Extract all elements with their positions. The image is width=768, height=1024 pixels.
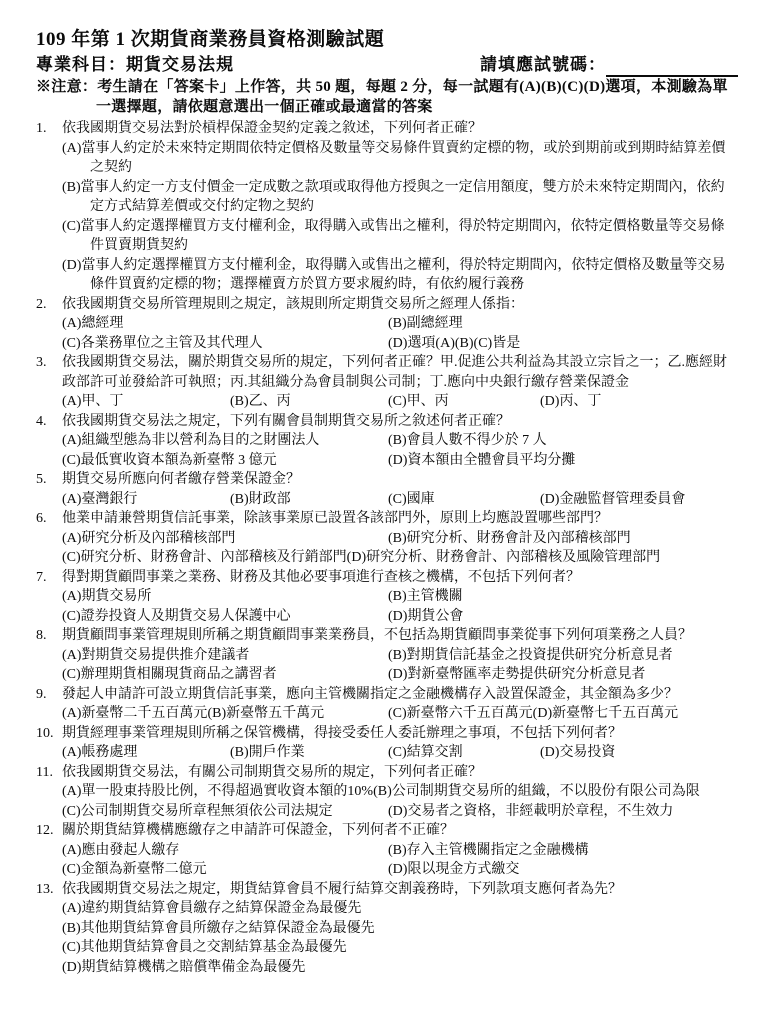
option-label: (B) xyxy=(62,921,81,936)
option-label: (B) xyxy=(388,531,407,546)
option-cell: (B)財政部 xyxy=(230,490,388,510)
question-text: 得對期貨顧問事業之業務、財務及其他必要事項進行查核之機構，不包括下列何者？ xyxy=(62,570,580,585)
option-text: 研究分析、財務會計、內部稽核及風險管理部門 xyxy=(366,550,660,565)
option-text: 研究分析及內部稽核部門 xyxy=(81,531,235,546)
option-text: 其他期貨結算會員之交割結算基金為最優先 xyxy=(81,940,347,955)
option-text: 金融監督管理委員會 xyxy=(559,492,685,507)
options: (A)期貨交易所(B)主管機關(C)證券投資人及期貨交易人保護中心(D)期貨公會 xyxy=(36,587,738,626)
option-text: 新臺幣二千五百萬元 xyxy=(81,706,207,721)
option-label: (A) xyxy=(62,706,81,721)
option-cell: (D)資本額由全體會員平均分攤 xyxy=(388,451,738,471)
option-text: 期貨結算機構之賠償準備金為最優先 xyxy=(81,960,305,975)
option-text: 當事人約定一方支付價金一定成數之款項或取得他方授與之一定信用額度，雙方於未來特定… xyxy=(81,180,725,215)
question-number: 3. xyxy=(36,353,47,373)
option-text: 主管機關 xyxy=(407,589,463,604)
option-text: 會員人數不得少於 7 人 xyxy=(407,433,547,448)
option-cell: (B)對期貨信託基金之投資提供研究分析意見者 xyxy=(388,646,738,666)
options: (A)新臺幣二千五百萬元(B)新臺幣五千萬元(C)新臺幣六千五百萬元(D)新臺幣… xyxy=(36,704,738,724)
notice: ※注意：考生請在「答案卡」上作答，共 50 題，每題 2 分，每一試題有(A)(… xyxy=(36,77,738,117)
option-label: (B) xyxy=(388,316,407,331)
option-label: (A) xyxy=(62,141,81,156)
option-label: (D) xyxy=(388,804,407,819)
option: (B)乙、丙 xyxy=(230,394,291,409)
option-cell: (B)研究分析、財務會計及內部稽核部門 xyxy=(388,529,738,549)
option-row: (A)新臺幣二千五百萬元(B)新臺幣五千萬元(C)新臺幣六千五百萬元(D)新臺幣… xyxy=(62,704,738,724)
question: 11.依我國期貨交易法，有關公司制期貨交易所的規定，下列何者正確？(A)單一股東… xyxy=(36,763,738,822)
question: 5.期貨交易所應向何者繳存營業保證金？(A)臺灣銀行(B)財政部(C)國庫(D)… xyxy=(36,470,738,509)
option-cell: (B)開戶作業 xyxy=(230,743,388,763)
option-text: 應由發起人繳存 xyxy=(81,843,179,858)
option: (C)證券投資人及期貨交易人保護中心 xyxy=(62,609,291,624)
option-cell: (C)結算交割 xyxy=(388,743,540,763)
option-cell: (D)交易投資 xyxy=(540,743,738,763)
question-text: 期貨交易所應向何者繳存營業保證金？ xyxy=(62,472,300,487)
option: (D)限以現金方式繳交 xyxy=(388,862,519,877)
option-cell: (D)期貨結算機構之賠償準備金為最優先 xyxy=(62,958,738,978)
option: (C)甲、丙 xyxy=(388,394,449,409)
option-row: (C)其他期貨結算會員之交割結算基金為最優先 xyxy=(62,938,738,958)
option: (B)存入主管機關指定之金融機構 xyxy=(388,843,589,858)
option-label: (A) xyxy=(62,901,81,916)
option-text: 當事人約定選擇權買方支付權利金，取得購入或售出之權利，得於特定期間內，依特定價格… xyxy=(81,219,725,254)
options: (A)總經理(B)副總經理(C)各業務單位之主管及其代理人(D)選項(A)(B)… xyxy=(36,314,738,353)
option-label: (A) xyxy=(62,589,81,604)
option: (D)資本額由全體會員平均分攤 xyxy=(388,453,575,468)
exam-id-group: 請填應試號碼： xyxy=(480,53,738,77)
option-label: (D) xyxy=(540,745,559,760)
option-cell: (D)當事人約定選擇權買方支付權利金，取得購入或售出之權利，得於特定期間內，依特… xyxy=(62,256,738,295)
option-cell: (A)總經理 xyxy=(62,314,388,334)
question-text: 發起人申請許可設立期貨信託事業，應向主管機關指定之金融機構存入設置保證金，其金額… xyxy=(62,687,678,702)
option-row: (B)其他期貨結算會員所繳存之結算保證金為最優先 xyxy=(62,919,738,939)
question: 12.關於期貨結算機構應繳存之申請許可保證金，下列何者不正確？(A)應由發起人繳… xyxy=(36,821,738,880)
option: (D)期貨公會 xyxy=(388,609,463,624)
option-label: (C) xyxy=(62,804,81,819)
option: (A)期貨交易所 xyxy=(62,589,151,604)
option-label: (D) xyxy=(388,609,407,624)
option: (A)當事人約定於未來特定期間依特定價格及數量等交易條件買賣約定標的物，或於到期… xyxy=(62,141,725,176)
option-text: 選項(A)(B)(C)皆是 xyxy=(407,336,520,351)
option-text: 辦理期貨相關現貨商品之講習者 xyxy=(81,667,277,682)
question-number: 7. xyxy=(36,568,47,588)
option-cell: (A)帳務處理 xyxy=(62,743,230,763)
question: 1.依我國期貨交易法對於槓桿保證金契約定義之敘述，下列何者正確？(A)當事人約定… xyxy=(36,119,738,295)
question-head: 1.依我國期貨交易法對於槓桿保證金契約定義之敘述，下列何者正確？ xyxy=(36,119,738,139)
questions: 1.依我國期貨交易法對於槓桿保證金契約定義之敘述，下列何者正確？(A)當事人約定… xyxy=(36,119,738,977)
option-cell: (B)其他期貨結算會員所繳存之結算保證金為最優先 xyxy=(62,919,738,939)
option-label: (D) xyxy=(62,258,81,273)
options: (A)當事人約定於未來特定期間依特定價格及數量等交易條件買賣約定標的物，或於到期… xyxy=(36,139,738,295)
option-row: (A)組織型態為非以營利為目的之財團法人(B)會員人數不得少於 7 人 xyxy=(62,431,738,451)
exam-id-label: 請填應試號碼： xyxy=(480,53,606,77)
option-label: (A) xyxy=(62,316,81,331)
option: (A)對期貨交易提供推介建議者 xyxy=(62,648,249,663)
option-row: (B)當事人約定一方支付價金一定成數之款項或取得他方授與之一定信用額度，雙方於未… xyxy=(62,178,738,217)
option: (A)單一股東持股比例，不得超過實收資本額的10% xyxy=(62,784,373,799)
option-text: 公司制期貨交易所章程無須依公司法規定 xyxy=(81,804,333,819)
option-row: (C)當事人約定選擇權買方支付權利金，取得購入或售出之權利，得於特定期間內，依特… xyxy=(62,217,738,256)
options: (A)組織型態為非以營利為目的之財團法人(B)會員人數不得少於 7 人(C)最低… xyxy=(36,431,738,470)
option: (B)財政部 xyxy=(230,492,291,507)
option-text: 帳務處理 xyxy=(81,745,137,760)
option-row: (C)最低實收資本額為新臺幣 3 億元(D)資本額由全體會員平均分攤 xyxy=(62,451,738,471)
options: (A)對期貨交易提供推介建議者(B)對期貨信託基金之投資提供研究分析意見者(C)… xyxy=(36,646,738,685)
option: (D)交易者之資格，非經載明於章程，不生效力 xyxy=(388,804,673,819)
option-text: 副總經理 xyxy=(407,316,463,331)
option-label: (A) xyxy=(62,648,81,663)
option-label: (B) xyxy=(230,394,249,409)
question-text: 依我國期貨交易法，關於期貨交易所的規定，下列何者正確？甲.促進公共利益為其設立宗… xyxy=(62,355,727,390)
option-cell: (D)限以現金方式繳交 xyxy=(388,860,738,880)
option-text: 期貨交易所 xyxy=(81,589,151,604)
option-text: 乙、丙 xyxy=(249,394,291,409)
page-title: 109 年第 1 次期貨商業務員資格測驗試題 xyxy=(36,26,738,53)
option-cell: (A)甲、丁 xyxy=(62,392,230,412)
option: (D)期貨結算機構之賠償準備金為最優先 xyxy=(62,960,305,975)
option: (A)研究分析及內部稽核部門 xyxy=(62,531,235,546)
option-row: (A)總經理(B)副總經理 xyxy=(62,314,738,334)
option-label: (A) xyxy=(62,745,81,760)
option: (A)臺灣銀行 xyxy=(62,492,137,507)
option-label: (D) xyxy=(388,667,407,682)
option: (C)研究分析、財務會計、內部稽核及行銷部門 xyxy=(62,550,347,565)
option-cell: (C)新臺幣六千五百萬元(D)新臺幣七千五百萬元 xyxy=(388,704,738,724)
option-cell: (C)研究分析、財務會計、內部稽核及行銷部門(D)研究分析、財務會計、內部稽核及… xyxy=(62,548,738,568)
question-number: 6. xyxy=(36,509,47,529)
option-text: 存入主管機關指定之金融機構 xyxy=(407,843,589,858)
option-cell: (B)主管機關 xyxy=(388,587,738,607)
option-text: 最低實收資本額為新臺幣 3 億元 xyxy=(81,453,277,468)
option-text: 國庫 xyxy=(407,492,435,507)
options: (A)帳務處理(B)開戶作業(C)結算交割(D)交易投資 xyxy=(36,743,738,763)
option-cell: (A)組織型態為非以營利為目的之財團法人 xyxy=(62,431,388,451)
option: (C)國庫 xyxy=(388,492,435,507)
option-text: 財政部 xyxy=(249,492,291,507)
option-cell: (D)丙、丁 xyxy=(540,392,738,412)
option-label: (C) xyxy=(62,667,81,682)
option-cell: (B)會員人數不得少於 7 人 xyxy=(388,431,738,451)
option-cell: (C)最低實收資本額為新臺幣 3 億元 xyxy=(62,451,388,471)
option-text: 新臺幣六千五百萬元 xyxy=(407,706,533,721)
option-row: (A)臺灣銀行(B)財政部(C)國庫(D)金融監督管理委員會 xyxy=(62,490,738,510)
option-label: (A) xyxy=(62,531,81,546)
question-head: 8.期貨顧問事業管理規則所稱之期貨顧問事業業務員，不包括為期貨顧問事業從事下列何… xyxy=(36,626,738,646)
option-label: (D) xyxy=(533,706,552,721)
option-label: (D) xyxy=(62,960,81,975)
option-text: 限以現金方式繳交 xyxy=(407,862,519,877)
option-text: 甲、丁 xyxy=(81,394,123,409)
option-label: (C) xyxy=(62,940,81,955)
question-text: 關於期貨結算機構應繳存之申請許可保證金，下列何者不正確？ xyxy=(62,823,454,838)
option-cell: (D)對新臺幣匯率走勢提供研究分析意見者 xyxy=(388,665,738,685)
subject-label: 專業科目：期貨交易法規 xyxy=(36,53,234,77)
option-cell: (B)乙、丙 xyxy=(230,392,388,412)
option-row: (C)公司制期貨交易所章程無須依公司法規定(D)交易者之資格，非經載明於章程，不… xyxy=(62,802,738,822)
option-text: 當事人約定選擇權買方支付權利金，取得購入或售出之權利，得於特定期間內，依特定價格… xyxy=(81,258,725,293)
option: (C)最低實收資本額為新臺幣 3 億元 xyxy=(62,453,277,468)
option-text: 公司制期貨交易所的組織，不以股份有限公司為限 xyxy=(392,784,700,799)
option-cell: (D)交易者之資格，非經載明於章程，不生效力 xyxy=(388,802,738,822)
option: (C)其他期貨結算會員之交割結算基金為最優先 xyxy=(62,940,347,955)
question-text: 依我國期貨交易法對於槓桿保證金契約定義之敘述，下列何者正確？ xyxy=(62,121,482,136)
question-number: 8. xyxy=(36,626,47,646)
question-text: 依我國期貨交易法之規定，下列有關會員制期貨交易所之敘述何者正確？ xyxy=(62,414,510,429)
option-label: (A) xyxy=(62,433,81,448)
notice-line-1: ※注意：考生請在「答案卡」上作答，共 50 題，每題 2 分，每一試題有(A)(… xyxy=(36,77,738,97)
option-label: (C) xyxy=(62,219,81,234)
option-label: (B) xyxy=(388,843,407,858)
question-head: 10.期貨經理事業管理規則所稱之保管機構，得接受委任人委託辦理之事項，不包括下列… xyxy=(36,724,738,744)
option-text: 期貨公會 xyxy=(407,609,463,624)
option-label: (C) xyxy=(388,706,407,721)
option-text: 其他期貨結算會員所繳存之結算保證金為最優先 xyxy=(81,921,375,936)
question-text: 期貨經理事業管理規則所稱之保管機構，得接受委任人委託辦理之事項，不包括下列何者？ xyxy=(62,726,622,741)
option-cell: (C)甲、丙 xyxy=(388,392,540,412)
question-head: 4.依我國期貨交易法之規定，下列有關會員制期貨交易所之敘述何者正確？ xyxy=(36,412,738,432)
option-text: 組織型態為非以營利為目的之財團法人 xyxy=(81,433,319,448)
option: (D)丙、丁 xyxy=(540,394,601,409)
option-cell: (C)證券投資人及期貨交易人保護中心 xyxy=(62,607,388,627)
question: 6.他業申請兼營期貨信託事業，除該事業原已設置各該部門外，原則上均應設置哪些部門… xyxy=(36,509,738,568)
option-cell: (A)當事人約定於未來特定期間依特定價格及數量等交易條件買賣約定標的物，或於到期… xyxy=(62,139,738,178)
question-head: 5.期貨交易所應向何者繳存營業保證金？ xyxy=(36,470,738,490)
notice-line-2: 一選擇題，請依題意選出一個正確或最適當的答案 xyxy=(36,97,738,117)
option-text: 總經理 xyxy=(81,316,123,331)
option-text: 丙、丁 xyxy=(559,394,601,409)
option-text: 新臺幣五千萬元 xyxy=(226,706,324,721)
options: (A)違約期貨結算會員繳存之結算保證金為最優先(B)其他期貨結算會員所繳存之結算… xyxy=(36,899,738,977)
option-cell: (C)辦理期貨相關現貨商品之講習者 xyxy=(62,665,388,685)
question: 2.依我國期貨交易所管理規則之規定，該規則所定期貨交易所之經理人係指：(A)總經… xyxy=(36,295,738,354)
option-cell: (B)副總經理 xyxy=(388,314,738,334)
question-number: 12. xyxy=(36,821,54,841)
question-head: 11.依我國期貨交易法，有關公司制期貨交易所的規定，下列何者正確？ xyxy=(36,763,738,783)
question-number: 10. xyxy=(36,724,54,744)
option: (B)會員人數不得少於 7 人 xyxy=(388,433,547,448)
option-text: 證券投資人及期貨交易人保護中心 xyxy=(81,609,291,624)
option-label: (C) xyxy=(62,453,81,468)
option-text: 各業務單位之主管及其代理人 xyxy=(81,336,263,351)
option-label: (C) xyxy=(62,862,81,877)
option-text: 交易者之資格，非經載明於章程，不生效力 xyxy=(407,804,673,819)
option-cell: (A)新臺幣二千五百萬元(B)新臺幣五千萬元 xyxy=(62,704,388,724)
option-row: (A)對期貨交易提供推介建議者(B)對期貨信託基金之投資提供研究分析意見者 xyxy=(62,646,738,666)
question: 4.依我國期貨交易法之規定，下列有關會員制期貨交易所之敘述何者正確？(A)組織型… xyxy=(36,412,738,471)
option-row: (D)期貨結算機構之賠償準備金為最優先 xyxy=(62,958,738,978)
option: (D)交易投資 xyxy=(540,745,615,760)
option-label: (B) xyxy=(388,648,407,663)
option: (C)公司制期貨交易所章程無須依公司法規定 xyxy=(62,804,333,819)
option-label: (C) xyxy=(388,745,407,760)
options: (A)單一股東持股比例，不得超過實收資本額的10%(B)公司制期貨交易所的組織，… xyxy=(36,782,738,821)
option-cell: (A)應由發起人繳存 xyxy=(62,841,388,861)
question-text: 依我國期貨交易法，有關公司制期貨交易所的規定，下列何者正確？ xyxy=(62,765,482,780)
option-cell: (C)國庫 xyxy=(388,490,540,510)
option-text: 新臺幣七千五百萬元 xyxy=(552,706,678,721)
option-cell: (C)各業務單位之主管及其代理人 xyxy=(62,334,388,354)
option-text: 臺灣銀行 xyxy=(81,492,137,507)
option: (C)各業務單位之主管及其代理人 xyxy=(62,336,263,351)
options: (A)研究分析及內部稽核部門(B)研究分析、財務會計及內部稽核部門(C)研究分析… xyxy=(36,529,738,568)
option-cell: (A)期貨交易所 xyxy=(62,587,388,607)
question-head: 12.關於期貨結算機構應繳存之申請許可保證金，下列何者不正確？ xyxy=(36,821,738,841)
option: (B)當事人約定一方支付價金一定成數之款項或取得他方授與之一定信用額度，雙方於未… xyxy=(62,180,725,215)
option-label: (D) xyxy=(540,394,559,409)
option-row: (A)當事人約定於未來特定期間依特定價格及數量等交易條件買賣約定標的物，或於到期… xyxy=(62,139,738,178)
option: (B)副總經理 xyxy=(388,316,463,331)
option-cell: (B)存入主管機關指定之金融機構 xyxy=(388,841,738,861)
option: (B)其他期貨結算會員所繳存之結算保證金為最優先 xyxy=(62,921,375,936)
option-cell: (B)當事人約定一方支付價金一定成數之款項或取得他方授與之一定信用額度，雙方於未… xyxy=(62,178,738,217)
option: (D)研究分析、財務會計、內部稽核及風險管理部門 xyxy=(347,550,660,565)
option-row: (A)應由發起人繳存(B)存入主管機關指定之金融機構 xyxy=(62,841,738,861)
question-number: 9. xyxy=(36,685,47,705)
question-text: 依我國期貨交易法之規定，期貨結算會員不履行結算交割義務時，下列款項支應何者為先？ xyxy=(62,882,622,897)
option-text: 開戶作業 xyxy=(249,745,305,760)
option: (D)新臺幣七千五百萬元 xyxy=(533,706,678,721)
option-row: (C)金額為新臺幣二億元(D)限以現金方式繳交 xyxy=(62,860,738,880)
option-cell: (A)單一股東持股比例，不得超過實收資本額的10%(B)公司制期貨交易所的組織，… xyxy=(62,782,738,802)
question-number: 11. xyxy=(36,763,53,783)
question: 10.期貨經理事業管理規則所稱之保管機構，得接受委任人委託辦理之事項，不包括下列… xyxy=(36,724,738,763)
option-cell: (D)選項(A)(B)(C)皆是 xyxy=(388,334,738,354)
option-row: (A)甲、丁(B)乙、丙(C)甲、丙(D)丙、丁 xyxy=(62,392,738,412)
options: (A)臺灣銀行(B)財政部(C)國庫(D)金融監督管理委員會 xyxy=(36,490,738,510)
option: (D)選項(A)(B)(C)皆是 xyxy=(388,336,520,351)
option: (B)開戶作業 xyxy=(230,745,305,760)
option: (A)甲、丁 xyxy=(62,394,123,409)
option-row: (C)辦理期貨相關現貨商品之講習者(D)對新臺幣匯率走勢提供研究分析意見者 xyxy=(62,665,738,685)
option: (C)辦理期貨相關現貨商品之講習者 xyxy=(62,667,277,682)
question: 13.依我國期貨交易法之規定，期貨結算會員不履行結算交割義務時，下列款項支應何者… xyxy=(36,880,738,978)
option-label: (B) xyxy=(207,706,226,721)
question-number: 5. xyxy=(36,470,47,490)
option: (C)新臺幣六千五百萬元 xyxy=(388,706,533,721)
option: (A)新臺幣二千五百萬元 xyxy=(62,706,207,721)
option-row: (A)研究分析及內部稽核部門(B)研究分析、財務會計及內部稽核部門 xyxy=(62,529,738,549)
option-cell: (D)金融監督管理委員會 xyxy=(540,490,738,510)
option-text: 對期貨信託基金之投資提供研究分析意見者 xyxy=(407,648,673,663)
exam-paper: 109 年第 1 次期貨商業務員資格測驗試題 專業科目：期貨交易法規 請填應試號… xyxy=(0,0,768,977)
options: (A)甲、丁(B)乙、丙(C)甲、丙(D)丙、丁 xyxy=(36,392,738,412)
option-row: (D)當事人約定選擇權買方支付權利金，取得購入或售出之權利，得於特定期間內，依特… xyxy=(62,256,738,295)
option-row: (C)各業務單位之主管及其代理人(D)選項(A)(B)(C)皆是 xyxy=(62,334,738,354)
option-text: 甲、丙 xyxy=(407,394,449,409)
option-text: 違約期貨結算會員繳存之結算保證金為最優先 xyxy=(81,901,361,916)
option-label: (A) xyxy=(62,492,81,507)
question-head: 3.依我國期貨交易法，關於期貨交易所的規定，下列何者正確？甲.促進公共利益為其設… xyxy=(36,353,738,392)
option: (B)新臺幣五千萬元 xyxy=(207,706,324,721)
option: (B)主管機關 xyxy=(388,589,463,604)
option-label: (B) xyxy=(62,180,81,195)
option-label: (C) xyxy=(62,336,81,351)
option-cell: (A)違約期貨結算會員繳存之結算保證金為最優先 xyxy=(62,899,738,919)
option-label: (A) xyxy=(62,843,81,858)
option-label: (A) xyxy=(62,394,81,409)
question: 7.得對期貨顧問事業之業務、財務及其他必要事項進行查核之機構，不包括下列何者？(… xyxy=(36,568,738,627)
option-label: (C) xyxy=(62,550,81,565)
option: (A)組織型態為非以營利為目的之財團法人 xyxy=(62,433,319,448)
option-text: 研究分析、財務會計、內部稽核及行銷部門 xyxy=(81,550,347,565)
option-text: 對新臺幣匯率走勢提供研究分析意見者 xyxy=(407,667,645,682)
question-text: 期貨顧問事業管理規則所稱之期貨顧問事業業務員，不包括為期貨顧問事業從事下列何項業… xyxy=(62,628,692,643)
exam-id-blank xyxy=(606,57,738,77)
option-text: 單一股東持股比例，不得超過實收資本額的10% xyxy=(81,784,373,799)
subject-row: 專業科目：期貨交易法規 請填應試號碼： xyxy=(36,53,738,77)
question: 3.依我國期貨交易法，關於期貨交易所的規定，下列何者正確？甲.促進公共利益為其設… xyxy=(36,353,738,412)
option-cell: (C)金額為新臺幣二億元 xyxy=(62,860,388,880)
option-cell: (C)其他期貨結算會員之交割結算基金為最優先 xyxy=(62,938,738,958)
question-head: 13.依我國期貨交易法之規定，期貨結算會員不履行結算交割義務時，下列款項支應何者… xyxy=(36,880,738,900)
option-text: 當事人約定於未來特定期間依特定價格及數量等交易條件買賣約定標的物，或於到期前或到… xyxy=(81,141,725,176)
question: 8.期貨顧問事業管理規則所稱之期貨顧問事業業務員，不包括為期貨顧問事業從事下列何… xyxy=(36,626,738,685)
option: (B)研究分析、財務會計及內部稽核部門 xyxy=(388,531,631,546)
option-cell: (A)對期貨交易提供推介建議者 xyxy=(62,646,388,666)
option-label: (B) xyxy=(388,433,407,448)
option: (B)對期貨信託基金之投資提供研究分析意見者 xyxy=(388,648,673,663)
option-text: 金額為新臺幣二億元 xyxy=(81,862,207,877)
option: (B)公司制期貨交易所的組織，不以股份有限公司為限 xyxy=(373,784,700,799)
option: (A)違約期貨結算會員繳存之結算保證金為最優先 xyxy=(62,901,361,916)
question-number: 1. xyxy=(36,119,47,139)
option-label: (D) xyxy=(388,453,407,468)
option-label: (D) xyxy=(388,862,407,877)
option: (D)當事人約定選擇權買方支付權利金，取得購入或售出之權利，得於特定期間內，依特… xyxy=(62,258,725,293)
option: (A)應由發起人繳存 xyxy=(62,843,179,858)
option-text: 結算交割 xyxy=(407,745,463,760)
option-label: (D) xyxy=(388,336,407,351)
option-label: (D) xyxy=(540,492,559,507)
option-row: (A)違約期貨結算會員繳存之結算保證金為最優先 xyxy=(62,899,738,919)
option-cell: (C)公司制期貨交易所章程無須依公司法規定 xyxy=(62,802,388,822)
option-label: (D) xyxy=(347,550,366,565)
option-row: (A)期貨交易所(B)主管機關 xyxy=(62,587,738,607)
option-text: 交易投資 xyxy=(559,745,615,760)
option-row: (C)研究分析、財務會計、內部稽核及行銷部門(D)研究分析、財務會計、內部稽核及… xyxy=(62,548,738,568)
option-cell: (C)當事人約定選擇權買方支付權利金，取得購入或售出之權利，得於特定期間內，依特… xyxy=(62,217,738,256)
option-text: 對期貨交易提供推介建議者 xyxy=(81,648,249,663)
option: (C)當事人約定選擇權買方支付權利金，取得購入或售出之權利，得於特定期間內，依特… xyxy=(62,219,725,254)
option: (C)金額為新臺幣二億元 xyxy=(62,862,207,877)
option: (D)對新臺幣匯率走勢提供研究分析意見者 xyxy=(388,667,645,682)
option-label: (B) xyxy=(230,492,249,507)
question-text: 他業申請兼營期貨信託事業，除該事業原已設置各該部門外，原則上均應設置哪些部門？ xyxy=(62,511,608,526)
option-label: (C) xyxy=(388,492,407,507)
option-label: (C) xyxy=(62,609,81,624)
question-head: 7.得對期貨顧問事業之業務、財務及其他必要事項進行查核之機構，不包括下列何者？ xyxy=(36,568,738,588)
options: (A)應由發起人繳存(B)存入主管機關指定之金融機構(C)金額為新臺幣二億元(D… xyxy=(36,841,738,880)
option-cell: (A)臺灣銀行 xyxy=(62,490,230,510)
option-row: (C)證券投資人及期貨交易人保護中心(D)期貨公會 xyxy=(62,607,738,627)
option: (A)帳務處理 xyxy=(62,745,137,760)
option-text: 研究分析、財務會計及內部稽核部門 xyxy=(407,531,631,546)
question-number: 4. xyxy=(36,412,47,432)
question: 9.發起人申請許可設立期貨信託事業，應向主管機關指定之金融機構存入設置保證金，其… xyxy=(36,685,738,724)
option-text: 資本額由全體會員平均分攤 xyxy=(407,453,575,468)
option-label: (B) xyxy=(373,784,392,799)
option-row: (A)帳務處理(B)開戶作業(C)結算交割(D)交易投資 xyxy=(62,743,738,763)
question-head: 2.依我國期貨交易所管理規則之規定，該規則所定期貨交易所之經理人係指： xyxy=(36,295,738,315)
option: (D)金融監督管理委員會 xyxy=(540,492,685,507)
option-cell: (D)期貨公會 xyxy=(388,607,738,627)
option-cell: (A)研究分析及內部稽核部門 xyxy=(62,529,388,549)
question-head: 6.他業申請兼營期貨信託事業，除該事業原已設置各該部門外，原則上均應設置哪些部門… xyxy=(36,509,738,529)
option-label: (B) xyxy=(230,745,249,760)
question-number: 2. xyxy=(36,295,47,315)
option: (A)總經理 xyxy=(62,316,123,331)
option-label: (C) xyxy=(388,394,407,409)
option-row: (A)單一股東持股比例，不得超過實收資本額的10%(B)公司制期貨交易所的組織，… xyxy=(62,782,738,802)
